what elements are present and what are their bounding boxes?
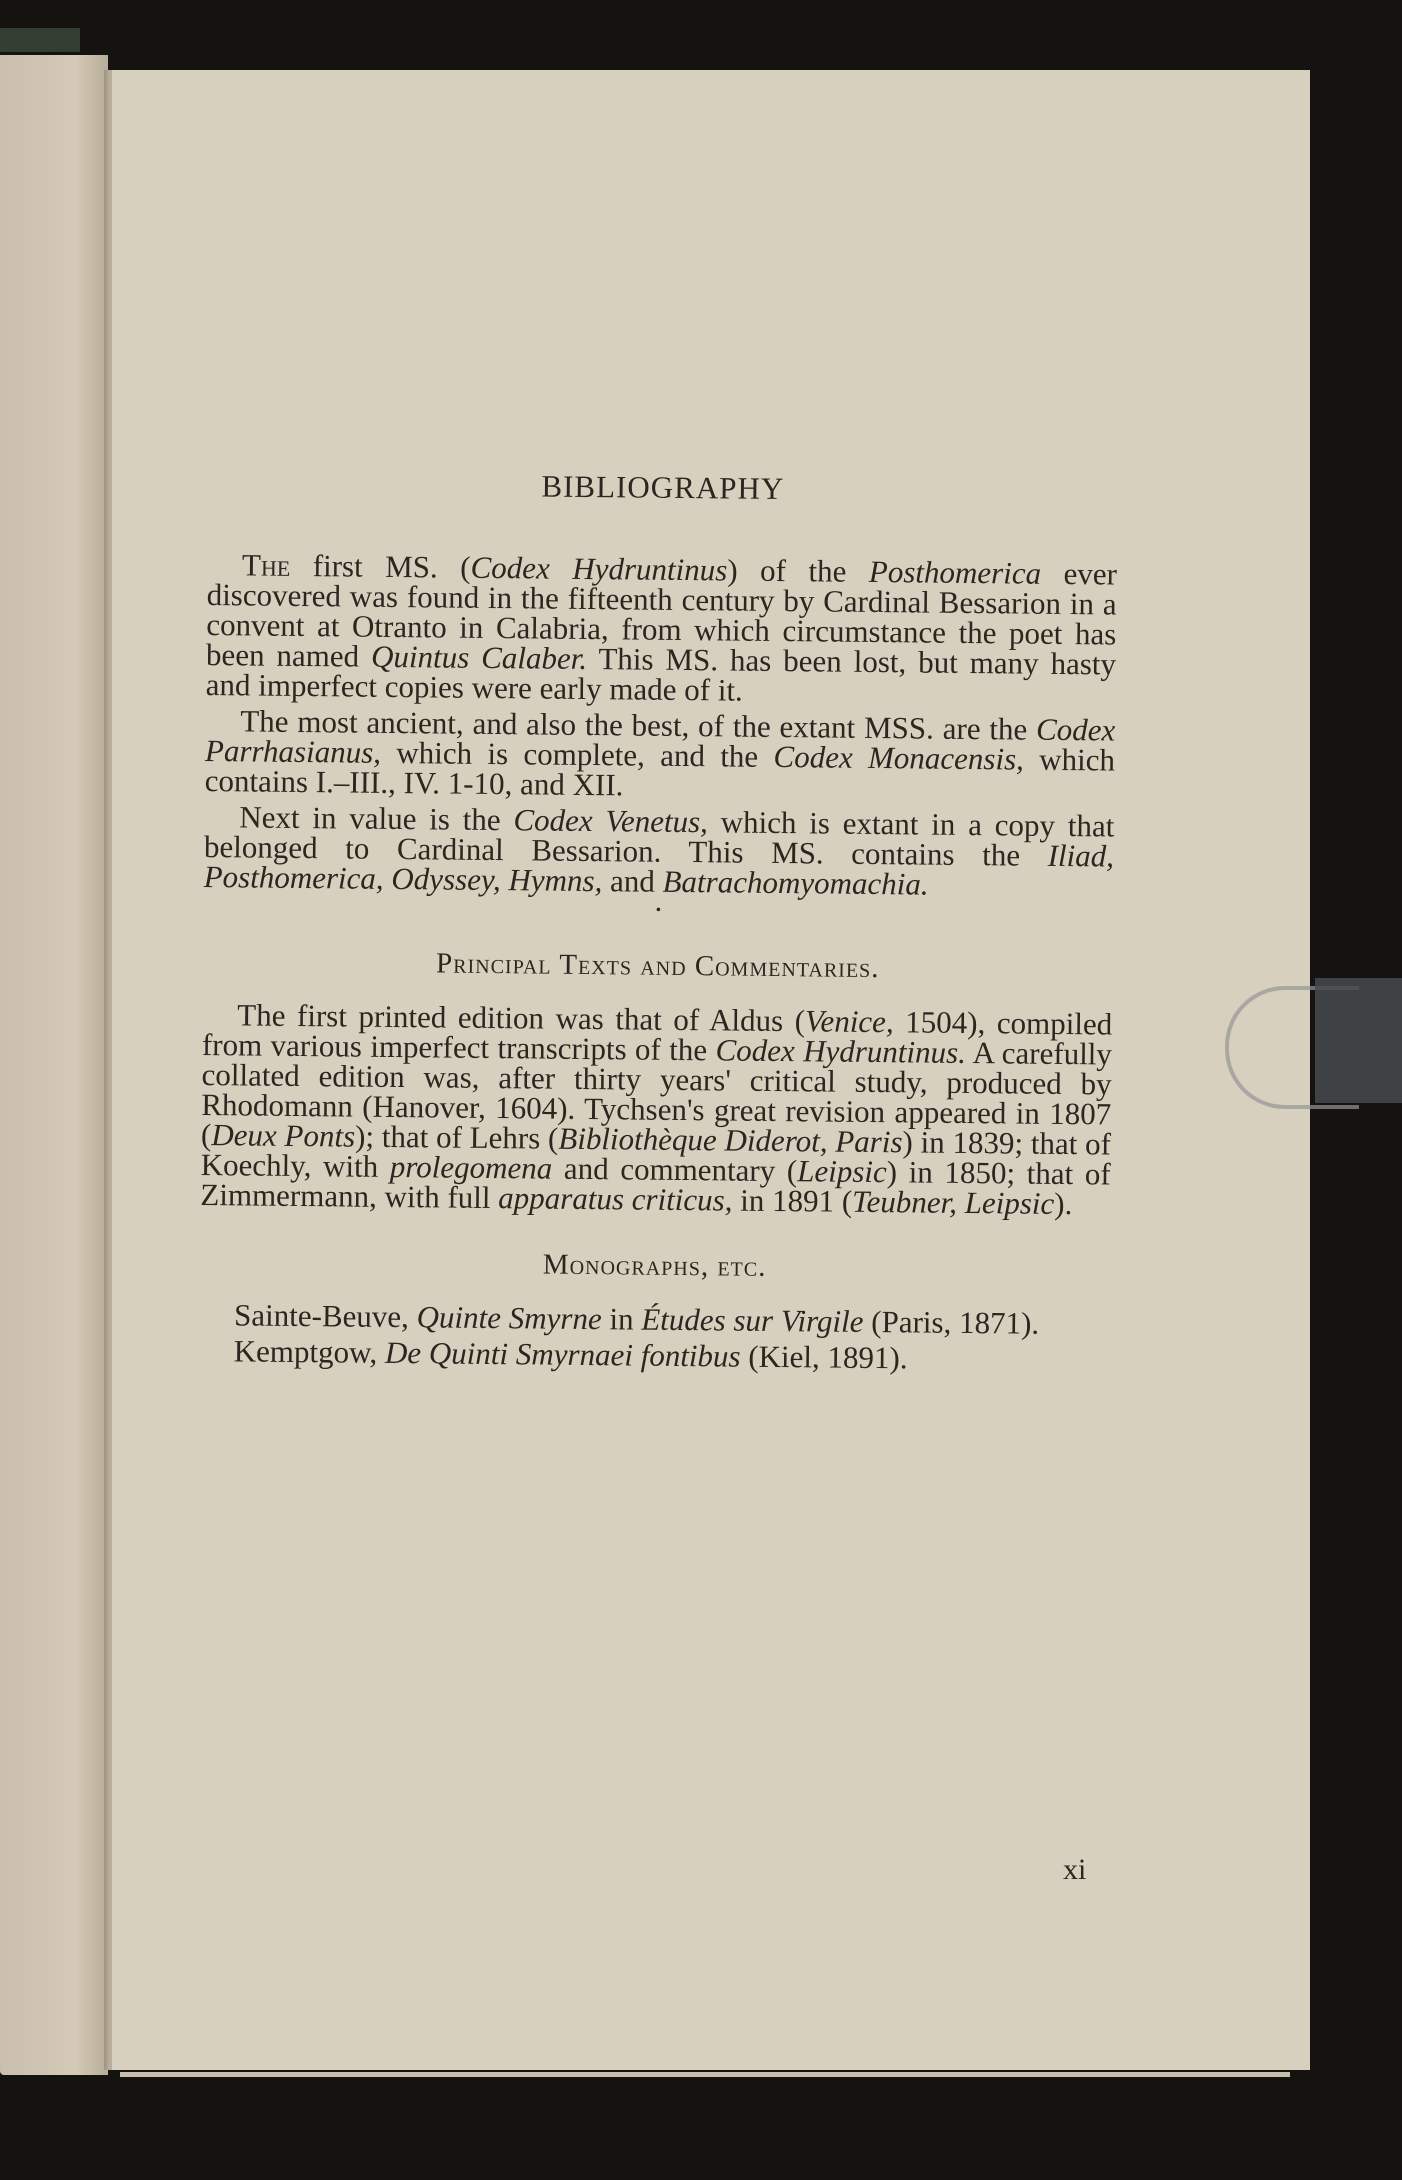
italic-title: Quinte Smyrne [416, 1299, 601, 1336]
text: in 1891 ( [732, 1183, 852, 1219]
left-page [0, 55, 108, 2075]
author: Sainte-Beuve, [234, 1297, 417, 1334]
intro-paragraph-1: The first MS. (Codex Hydruntinus) of the… [206, 550, 1118, 710]
italic-text: Teubner, Leipsic [852, 1184, 1054, 1221]
page-stack-edge [120, 2072, 1290, 2077]
italic-title: De Quinti Smyrnaei fontibus [385, 1335, 741, 1374]
clip-band [1315, 978, 1402, 1103]
publication: (Paris, 1871). [863, 1304, 1039, 1341]
intro-paragraph-3: Next in value is the Codex Venetus, whic… [204, 802, 1115, 902]
section-heading-principal-texts: Principal Texts and Commentaries. [203, 946, 1113, 986]
intro-paragraph-2: The most ancient, and also the best, of … [205, 706, 1116, 806]
italic-text: Codex Monacensis, [773, 739, 1024, 777]
page-content: BIBLIOGRAPHY The first MS. (Codex Hydrun… [199, 468, 1118, 1381]
page-clip [1225, 978, 1402, 1103]
ink-dot: · [203, 900, 1113, 920]
monograph-entry: Kemptgow, De Quinti Smyrnaei fontibus (K… [199, 1336, 1109, 1376]
section-heading-monographs: Monographs, etc. [200, 1246, 1110, 1286]
text: ). [1054, 1186, 1072, 1221]
page-number: xi [1063, 1853, 1086, 1887]
author: Kemptgow, [234, 1333, 386, 1370]
italic-text: apparatus criticus, [498, 1180, 733, 1217]
italic-title: Études sur Virgile [641, 1302, 864, 1339]
italic-text: Batrachomyomachia. [662, 864, 928, 902]
text: in [602, 1301, 642, 1336]
publication: (Kiel, 1891). [740, 1339, 907, 1376]
principal-paragraph: The first printed edition was that of Al… [200, 1000, 1112, 1220]
book-cover-edge [0, 28, 80, 52]
